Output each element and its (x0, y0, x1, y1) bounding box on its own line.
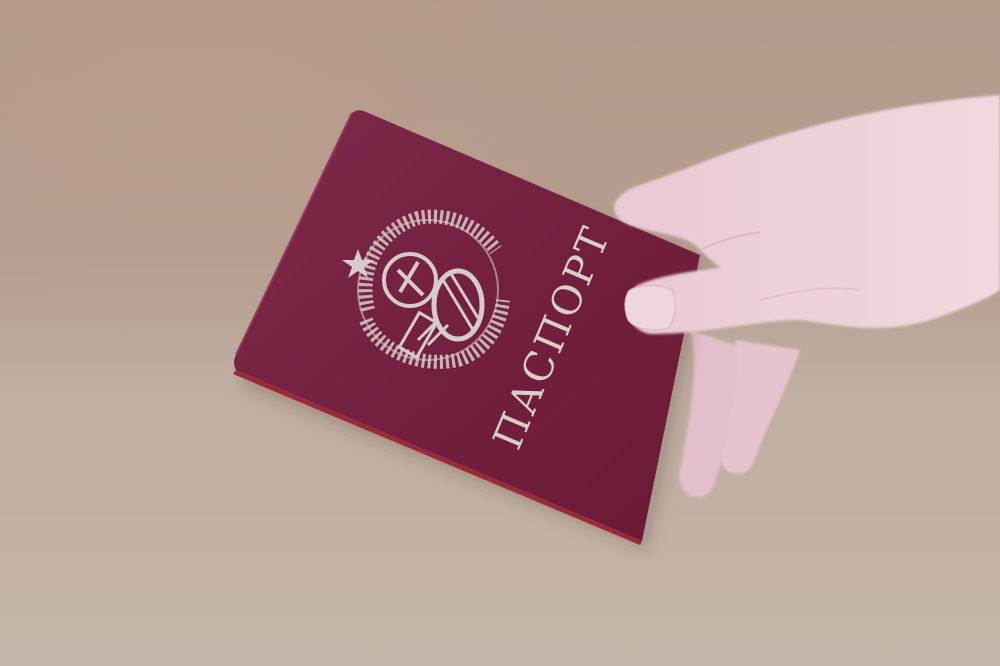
photo-background: ПАСПОРТ (0, 0, 1000, 666)
thumbnail (625, 286, 675, 330)
hand-fingers (679, 330, 800, 497)
photo-scene: ПАСПОРТ (0, 0, 1000, 666)
passport: ПАСПОРТ (233, 110, 700, 545)
hand (614, 95, 1000, 334)
